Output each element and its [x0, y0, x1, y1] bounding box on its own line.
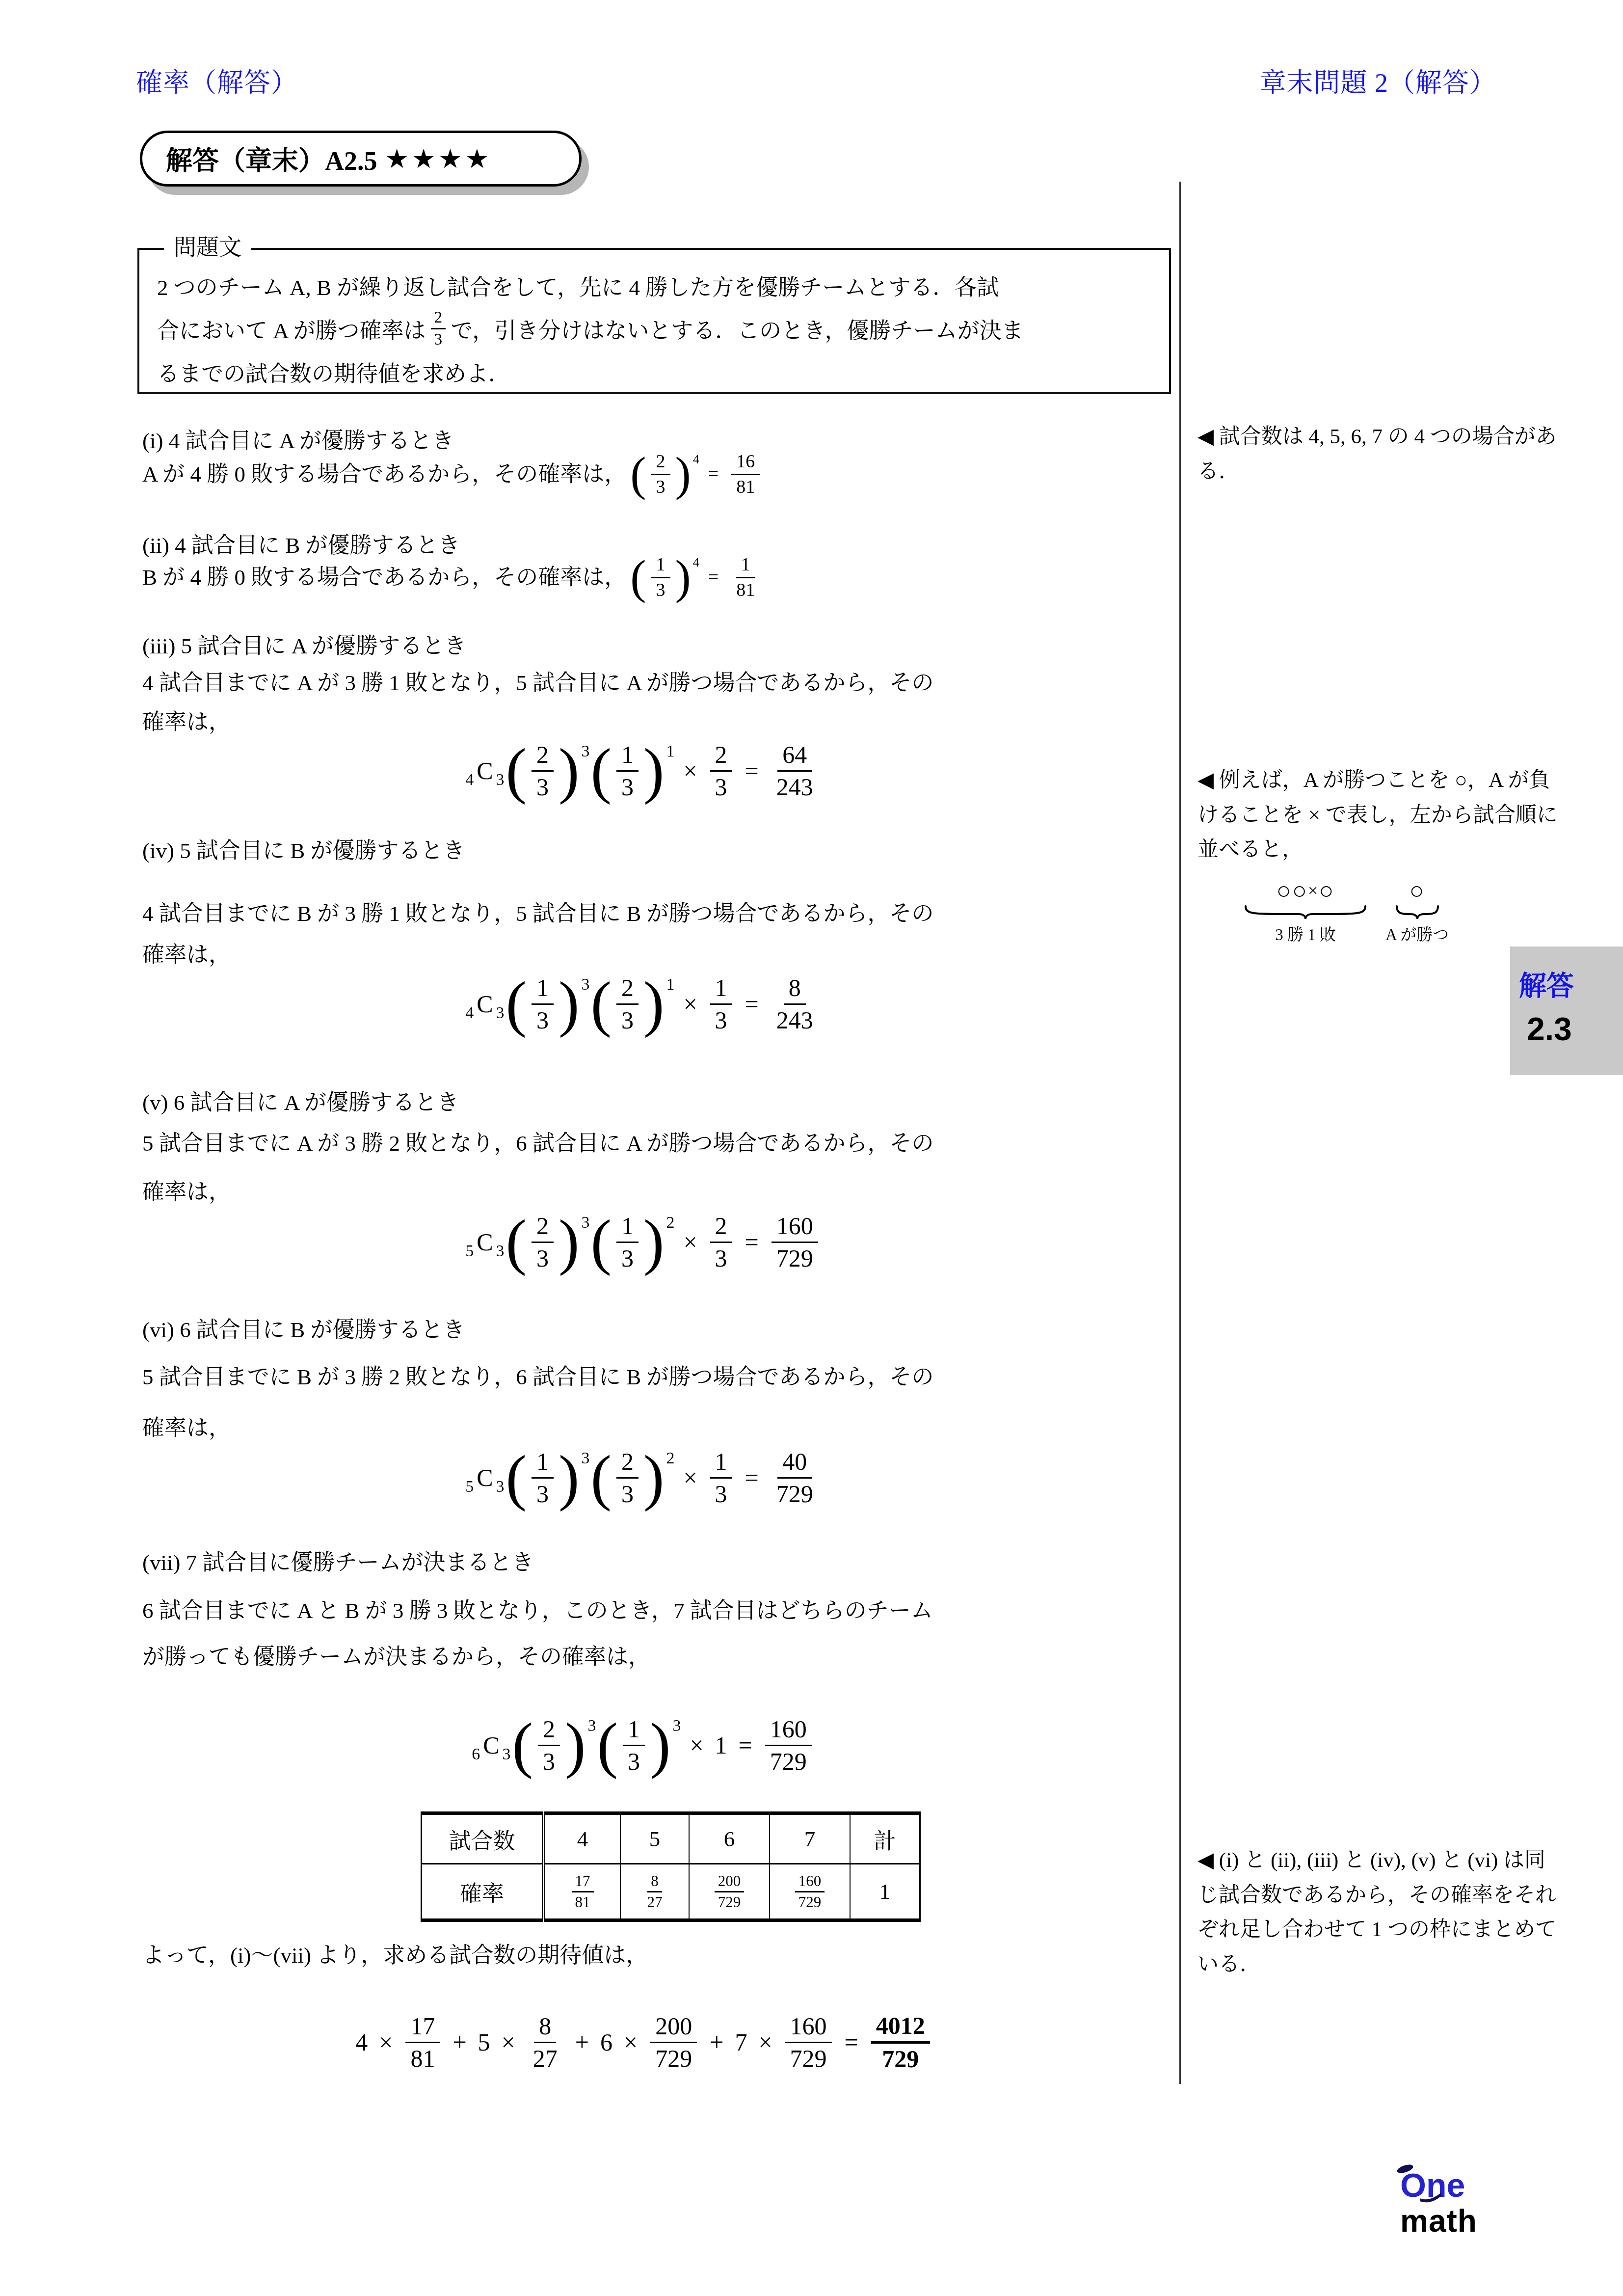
display-formula-vi: 5C3(13)3(23)2×13=40729 [142, 1433, 1144, 1522]
answer-badge-label: 解答（章末）A2.5 [166, 140, 377, 178]
fraction-denominator: 729 [795, 1892, 825, 1911]
fraction-denominator: 81 [572, 1892, 594, 1911]
math-paren: ( [590, 1211, 611, 1273]
math-text: C [477, 990, 493, 1018]
fraction-denominator: 3 [616, 1479, 639, 1509]
fraction-numerator: 17 [572, 1872, 594, 1892]
math-operator: × [502, 2028, 515, 2056]
fraction-denominator: 729 [772, 1479, 818, 1509]
probability-table-wrap: 試合数 4 5 6 7 計 確率 17 81 8 27 [421, 1811, 921, 1922]
math-operator: × [683, 990, 697, 1018]
diagram-group-first-four-games: ○○×○ 3 勝 1 敗 [1244, 877, 1367, 948]
answer-tab-number: 2.3 [1527, 1010, 1623, 1048]
math-fraction: 13 [532, 1447, 554, 1509]
math-text: 5 [478, 2028, 490, 2056]
display-formula: 6C3(23)3(13)3×1=160729 [471, 1714, 816, 1777]
table-header-cell: 計 [850, 1813, 920, 1864]
fraction-denominator: 3 [431, 329, 446, 350]
math-fraction: 160729 [772, 1212, 818, 1273]
display-formula: 4C3(13)3(23)1×13=8243 [465, 972, 822, 1035]
fraction-numerator: 8 [647, 1872, 662, 1892]
math-operator: × [758, 2028, 772, 2056]
math-fraction: 13 [710, 1447, 732, 1509]
problem-text-segment: 合において A が勝つ確率は [157, 313, 426, 345]
display-formula: 5C3(23)3(13)2×23=160729 [465, 1211, 822, 1273]
math-fraction: 13 [651, 554, 670, 601]
math-fraction: 827 [528, 2012, 562, 2073]
step-vii-body-line1: 6 試合目までに A と B が 3 勝 3 敗となり，このとき，7 試合目はど… [142, 1594, 1144, 1628]
fraction-denominator: 3 [651, 578, 670, 601]
math-fraction: 13 [616, 1212, 639, 1273]
margin-note-text: ◀ 例えば，A が勝つことを ○，A が負けることを × で表し，左から試合順に… [1197, 769, 1558, 861]
math-paren: ) [675, 554, 691, 601]
math-paren: ) [559, 1446, 579, 1509]
math-fraction: 13 [623, 1715, 645, 1776]
math-operator: × [690, 1731, 703, 1759]
step-i-body: A が 4 勝 0 敗する場合であるから，その確率は， (23)4=1681 [142, 451, 1144, 498]
win-symbol: ○ [1410, 877, 1425, 904]
math-operator: + [452, 2028, 466, 2056]
table-header-cell: 試合数 [422, 1813, 544, 1864]
step-vii-body-line2: が勝っても優勝チームが決まるから，その確率は， [142, 1641, 1144, 1674]
fraction-denominator: 3 [532, 1243, 554, 1273]
fraction-numerator: 2 [616, 1447, 639, 1479]
fraction-numerator: 1 [532, 1447, 554, 1479]
math-operator: × [683, 1463, 697, 1492]
math-subscript: 3 [496, 1004, 505, 1023]
fraction-denominator: 3 [710, 772, 732, 802]
win-symbols: ○○ [1277, 877, 1308, 904]
math-paren: ( [590, 972, 611, 1035]
conclusion-line: よって，(i)～(vii) より，求める試合数の期待値は， [142, 1939, 1144, 1972]
swoosh-icon [1419, 2190, 1444, 2204]
math-fraction: 4012729 [871, 2011, 930, 2074]
fraction-denominator: 729 [715, 1892, 745, 1911]
loss-symbol: × [1308, 881, 1319, 900]
fraction-denominator: 3 [616, 1005, 639, 1035]
math-fraction: 23 [538, 1715, 560, 1776]
math-exponent: 3 [581, 742, 589, 761]
math-fraction: 160 729 [795, 1872, 825, 1911]
margin-divider-line [1179, 182, 1181, 2084]
math-fraction: 8 27 [644, 1872, 666, 1911]
fraction-denominator: 729 [650, 2043, 697, 2073]
fraction-denominator: 3 [623, 1746, 645, 1776]
answer-tab-label: 解答 [1519, 964, 1623, 1003]
math-subscript: 5 [465, 1242, 474, 1261]
fraction-denominator: 3 [532, 772, 554, 802]
margin-note-3: ◀ (i) と (ii), (iii) と (iv), (v) と (vi) は… [1197, 1843, 1565, 1982]
math-paren: ) [559, 972, 579, 1035]
math-subscript: 4 [465, 1004, 474, 1023]
table-cell: 200 729 [689, 1864, 770, 1920]
step-iv-body-line1: 4 試合目までに B が 3 勝 1 敗となり，5 試合目に B が勝つ場合であ… [142, 897, 1144, 931]
step-vi-body-line1: 5 試合目までに B が 3 勝 2 敗となり，6 試合目に B が勝つ場合であ… [142, 1361, 1144, 1394]
page-header-right: 章末問題 2（解答） [1260, 62, 1497, 100]
fraction-denominator: 3 [710, 1243, 732, 1273]
fraction-denominator: 729 [877, 2044, 924, 2074]
margin-note-1: ◀ 試合数は 4, 5, 6, 7 の 4 つの場合がある． [1197, 420, 1565, 489]
math-operator: = [745, 756, 759, 785]
math-operator: + [575, 2028, 589, 2056]
table-cell: 17 81 [544, 1864, 621, 1920]
fraction-numerator: 17 [405, 2012, 440, 2043]
fraction-numerator: 1 [736, 554, 755, 578]
math-fraction: 23 [616, 973, 639, 1035]
math-operator: × [624, 2028, 638, 2056]
fraction-numerator: 1 [532, 973, 554, 1005]
fraction-denominator: 3 [710, 1479, 732, 1509]
margin-note-text: ◀ (i) と (ii), (iii) と (iv), (v) と (vi) は… [1197, 1849, 1556, 1976]
math-paren: ( [506, 1446, 527, 1509]
math-exponent: 1 [666, 742, 674, 761]
step-body-text: B が 4 勝 0 敗する場合であるから，その確率は， [142, 561, 626, 594]
math-fraction: 1681 [731, 451, 760, 498]
math-operator: × [683, 756, 697, 785]
answer-badge: 解答（章末）A2.5 ★★★★ [140, 131, 582, 187]
math-paren: ( [506, 972, 527, 1035]
fraction-numerator: 8 [784, 973, 806, 1005]
final-expectation-formula: 4×1781+5×827+6×200729+7×160729=4012729 [142, 1998, 1144, 2086]
math-exponent: 4 [693, 450, 699, 469]
fraction-denominator: 243 [772, 1005, 818, 1035]
math-fraction: 13 [616, 740, 639, 802]
probability-table: 試合数 4 5 6 7 計 確率 17 81 8 27 [421, 1811, 921, 1922]
fraction-numerator: 160 [765, 1715, 812, 1746]
fraction-numerator: 2 [616, 973, 639, 1005]
step-v-body-line1: 5 試合目までに A が 3 勝 2 敗となり，6 試合目に A が勝つ場合であ… [142, 1127, 1144, 1161]
underbrace-icon [1395, 905, 1439, 921]
fraction-numerator: 160 [785, 2012, 832, 2043]
math-fraction: 23 [710, 740, 732, 802]
logo-math-text: math [1400, 2205, 1477, 2237]
fraction-numerator: 160 [772, 1212, 818, 1243]
problem-text-segment: で，引き分けはないとする．このとき，優勝チームが決ま [451, 313, 1023, 345]
math-exponent: 4 [693, 553, 699, 572]
table-cell-total: 1 [850, 1864, 920, 1920]
fraction-denominator: 729 [772, 1243, 818, 1273]
math-fraction: 13 [710, 973, 732, 1035]
math-fraction: 40729 [772, 1447, 818, 1509]
step-v-heading: (v) 6 試合目に A が優勝するとき [142, 1086, 1144, 1120]
math-paren: ( [630, 554, 646, 601]
fraction-denominator: 3 [710, 1005, 732, 1035]
fraction-denominator: 3 [651, 475, 670, 498]
math-paren: ) [643, 972, 664, 1035]
math-text: C [477, 1463, 493, 1492]
math-paren: ( [506, 1211, 527, 1273]
fraction-numerator: 2 [538, 1715, 560, 1746]
math-fraction: 23 [532, 1212, 554, 1273]
table-header-cell: 6 [689, 1813, 770, 1864]
step-vii-heading: (vii) 7 試合目に優勝チームが決まるとき [142, 1546, 1144, 1580]
fraction-numerator: 160 [795, 1872, 825, 1892]
difficulty-stars: ★★★★ [385, 143, 492, 174]
fraction-denominator: 3 [532, 1005, 554, 1035]
math-subscript: 3 [496, 1478, 505, 1496]
display-formula-iii: 4C3(23)3(13)1×23=64243 [142, 727, 1144, 815]
math-operator: = [745, 990, 759, 1018]
step-body-text: A が 4 勝 0 敗する場合であるから，その確率は， [142, 458, 626, 491]
math-paren: ( [506, 739, 527, 802]
math-text: 4 [355, 2028, 368, 2056]
fraction-denominator: 81 [731, 475, 760, 498]
math-operator: = [708, 564, 718, 592]
fraction-numerator: 1 [651, 554, 670, 578]
diagram-group-final-game: ○ A が勝つ [1385, 877, 1449, 948]
fraction-denominator: 3 [616, 772, 639, 802]
math-fraction: 181 [731, 554, 760, 601]
display-formula: 4C3(23)3(13)1×23=64243 [465, 739, 822, 802]
fraction-denominator: 729 [785, 2043, 832, 2073]
math-fraction: 8243 [772, 973, 818, 1035]
display-formula: 5C3(13)3(23)2×13=40729 [465, 1446, 822, 1509]
inline-formula: (13)4=181 [629, 554, 764, 601]
math-fraction: 23 [532, 740, 554, 802]
fraction-numerator: 1 [616, 740, 639, 772]
step-ii-body: B が 4 勝 0 敗する場合であるから，その確率は， (13)4=181 [142, 554, 1144, 601]
math-text: 7 [735, 2028, 747, 2056]
fraction-numerator: 1 [616, 1212, 639, 1243]
math-fraction: 2 3 [431, 308, 446, 350]
inline-formula: (23)4=1681 [629, 451, 764, 498]
win-symbols: ○ [1319, 877, 1334, 904]
fraction-denominator: 27 [644, 1892, 666, 1911]
math-operator: × [379, 2028, 393, 2056]
fraction-numerator: 1 [623, 1715, 645, 1746]
math-fraction: 17 81 [572, 1872, 594, 1911]
table-header-cell: 5 [620, 1813, 689, 1864]
fraction-numerator: 2 [431, 308, 446, 329]
fraction-denominator: 27 [528, 2043, 562, 2073]
math-text: C [477, 756, 493, 785]
fraction-denominator: 81 [731, 578, 760, 601]
math-subscript: 3 [496, 1242, 505, 1261]
math-exponent: 3 [672, 1717, 681, 1735]
math-paren: ) [675, 451, 691, 498]
math-fraction: 23 [710, 1212, 732, 1273]
table-value-row: 確率 17 81 8 27 200 729 [422, 1864, 920, 1920]
step-iii-body-line1: 4 試合目までに A が 3 勝 1 敗となり，5 試合目に A が勝つ場合であ… [142, 667, 1144, 700]
underbrace-label: A が勝つ [1385, 922, 1449, 948]
math-fraction: 23 [651, 451, 670, 498]
fraction-numerator: 200 [715, 1872, 745, 1892]
math-text: C [483, 1731, 499, 1759]
problem-box: 問題文 2 つのチーム A, B が繰り返し試合をして，先に 4 勝した方を優勝… [137, 248, 1171, 394]
fraction-denominator: 3 [532, 1479, 554, 1509]
math-exponent: 2 [666, 1449, 674, 1468]
page-header-left: 確率（解答） [136, 62, 298, 100]
math-exponent: 3 [581, 1214, 589, 1232]
math-text: 6 [600, 2028, 612, 2056]
table-row-label: 確率 [422, 1864, 544, 1920]
fraction-numerator: 2 [532, 1212, 554, 1243]
step-iii-heading: (iii) 5 試合目に A が優勝するとき [142, 630, 1144, 663]
math-subscript: 4 [465, 771, 474, 789]
math-exponent: 2 [666, 1214, 674, 1232]
math-subscript: 6 [472, 1745, 480, 1764]
math-fraction: 200 729 [715, 1872, 745, 1911]
math-exponent: 3 [581, 1449, 589, 1468]
fraction-denominator: 81 [405, 2043, 440, 2073]
display-formula-iv: 4C3(13)3(23)1×13=8243 [142, 960, 1144, 1048]
leaf-icon [1393, 2162, 1421, 2179]
math-fraction: 160729 [785, 2012, 832, 2073]
step-iv-heading: (iv) 5 試合目に B が優勝するとき [142, 835, 1144, 868]
math-paren: ) [565, 1714, 585, 1777]
fraction-numerator: 2 [710, 1212, 732, 1243]
onemath-logo: One math [1400, 2169, 1477, 2237]
math-paren: ( [590, 1446, 611, 1509]
margin-note-text: ◀ 試合数は 4, 5, 6, 7 の 4 つの場合がある． [1197, 425, 1557, 483]
fraction-numerator: 2 [532, 740, 554, 772]
fraction-denominator: 3 [538, 1746, 560, 1776]
math-fraction: 160729 [765, 1715, 812, 1776]
math-operator: = [745, 1463, 759, 1492]
fraction-numerator: 8 [534, 2012, 556, 2043]
math-exponent: 3 [581, 975, 589, 994]
math-paren: ( [590, 739, 611, 802]
win-loss-diagram: ○○×○ 3 勝 1 敗 ○ A が勝つ [1244, 877, 1565, 948]
math-fraction: 23 [616, 1447, 639, 1509]
fraction-numerator: 40 [777, 1447, 812, 1479]
problem-box-label: 問題文 [164, 234, 251, 261]
fraction-numerator: 16 [731, 451, 760, 475]
math-paren: ) [643, 1211, 664, 1273]
logo-one-wrap: One [1400, 2169, 1465, 2202]
math-text: C [477, 1228, 493, 1256]
fraction-numerator: 64 [777, 740, 812, 772]
math-fraction: 64243 [772, 740, 818, 802]
table-header-row: 試合数 4 5 6 7 計 [422, 1813, 920, 1864]
math-paren: ) [650, 1714, 670, 1777]
math-paren: ) [643, 1446, 664, 1509]
math-subscript: 5 [465, 1478, 474, 1496]
margin-note-2: ◀ 例えば，A が勝つことを ○，A が負けることを × で表し，左から試合順に… [1197, 763, 1565, 948]
math-paren: ( [630, 451, 646, 498]
math-fraction: 200729 [650, 2012, 697, 2073]
win-loss-sequence: ○○×○ [1277, 877, 1335, 904]
math-operator: = [739, 1731, 752, 1759]
math-paren: ) [643, 739, 664, 802]
math-exponent: 3 [587, 1717, 596, 1735]
table-cell: 160 729 [770, 1864, 850, 1920]
fraction-numerator: 2 [710, 740, 732, 772]
display-formula: 4×1781+5×827+6×200729+7×160729=4012729 [353, 2011, 934, 2074]
math-fraction: 1781 [405, 2012, 440, 2073]
fraction-denominator: 243 [772, 772, 818, 802]
math-subscript: 3 [496, 771, 505, 789]
table-cell: 8 27 [620, 1864, 689, 1920]
step-vi-heading: (vi) 6 試合目に B が優勝するとき [142, 1314, 1144, 1347]
problem-text-line2: 合において A が勝つ確率は 2 3 で，引き分けはないとする．このとき，優勝チ… [139, 307, 1169, 350]
fraction-numerator: 1 [710, 1447, 732, 1479]
problem-text-line3: るまでの試合数の期待値を求めよ． [139, 350, 1169, 393]
display-formula-v: 5C3(23)3(13)2×23=160729 [142, 1198, 1144, 1286]
table-header-cell: 7 [770, 1813, 850, 1864]
math-paren: ( [512, 1714, 533, 1777]
math-operator: × [683, 1228, 697, 1256]
math-operator: = [845, 2028, 858, 2056]
problem-text-line1: 2 つのチーム A, B が繰り返し試合をして，先に 4 勝した方を優勝チームと… [139, 264, 1169, 307]
math-operator: = [745, 1228, 759, 1256]
math-paren: ( [597, 1714, 617, 1777]
math-subscript: 3 [503, 1745, 511, 1764]
fraction-denominator: 3 [616, 1243, 639, 1273]
math-exponent: 1 [666, 975, 674, 994]
fraction-numerator: 200 [650, 2012, 697, 2043]
math-fraction: 13 [532, 973, 554, 1035]
underbrace-label: 3 勝 1 敗 [1275, 922, 1336, 948]
fraction-numerator: 4012 [871, 2011, 930, 2044]
display-formula-vii: 6C3(23)3(13)3×1=160729 [142, 1701, 1144, 1789]
fraction-denominator: 729 [765, 1746, 812, 1776]
page: 確率（解答） 章末問題 2（解答） 解答（章末）A2.5 ★★★★ 問題文 2 … [0, 0, 1623, 2296]
math-text: 1 [715, 1731, 727, 1759]
table-header-cell: 4 [544, 1813, 621, 1864]
math-operator: = [708, 460, 718, 488]
answer-tab: 解答 2.3 [1510, 946, 1623, 1075]
math-paren: ) [559, 1211, 579, 1273]
fraction-numerator: 1 [710, 973, 732, 1005]
math-operator: + [710, 2028, 723, 2056]
fraction-numerator: 2 [651, 451, 670, 475]
math-paren: ) [559, 739, 579, 802]
underbrace-icon [1244, 905, 1367, 921]
